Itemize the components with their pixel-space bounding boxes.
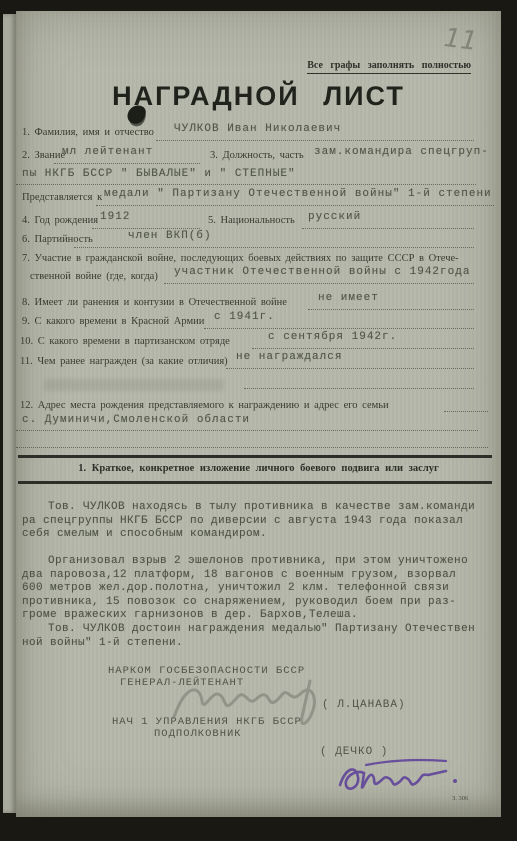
field-underline [244,388,474,389]
field-underline [252,348,474,349]
document-page: 11 Все графы заполнять полностью НАГРАДН… [16,11,501,817]
erased-text-smudge [44,379,224,391]
field-underline [92,228,200,229]
field-rank-value: мл лейтенант [62,146,153,158]
field-party-value: член ВКП(б) [128,230,212,242]
section-heading: 1. Краткое, конкретное изложение личного… [16,463,501,474]
field-underline [226,368,474,369]
field-underline [54,163,200,164]
field-position-value-line1: зам.командира спецгруп- [314,146,489,158]
page-stack-edge [3,14,17,813]
field-address-label: 12. Адрес места рождения представляемого… [20,400,389,411]
signatory2-title-line2: ПОДПОЛКОВНИК [154,728,242,740]
field-nominated-value: медали " Партизану Отечественной войны" … [104,188,492,200]
citation-paragraph-2: Организовал взрыв 2 эшелонов противника,… [22,555,498,623]
field-position-value-line2: пы НКГБ БССР " БЫВАЛЫЕ" и " СТЕПНЫЕ" [22,168,296,180]
citation-paragraph-3: Тов. ЧУЛКОВ достоин награждения медалью"… [22,623,498,650]
field-underline [16,447,488,448]
field-birth-year-value: 1912 [100,211,130,223]
field-underline [164,283,474,284]
handwritten-page-number: 11 [442,23,479,57]
field-wounds-label: 8. Имеет ли ранения и контузии в Отечест… [22,297,287,308]
field-underline [204,328,474,329]
field-underline [444,411,488,412]
field-partisan-value: с сентября 1942г. [268,331,397,343]
form-code: З. 306 [452,795,468,802]
field-nationality-value: русский [308,211,361,223]
divider-rule [18,481,492,484]
field-name-label: 1. Фамилия, имя и отчество [22,127,154,138]
field-birth-year-label: 4. Год рождения [22,215,98,226]
field-underline [96,205,494,206]
field-address-value: с. Думиничи,Смоленской области [22,414,250,426]
field-underline [308,309,474,310]
field-partisan-label: 10. С какого времени в партизанском отря… [20,336,230,347]
field-nominated-label: Представляется к [22,192,102,203]
field-position-label: 3. Должность, часть [210,150,304,161]
field-underline [156,140,474,141]
field-underline [16,184,476,185]
field-red-army-label: 9. С какого времени в Красной Армии [22,316,204,327]
field-rank-label: 2. Звание [22,150,65,161]
field-war-participation-value: участник Отечественной войны с 1942года [174,266,470,278]
field-war-participation-label-line1: 7. Участие в гражданской войне, последую… [22,253,459,264]
field-red-army-value: с 1941г. [214,311,275,323]
field-prior-awards-label: 11. Чем ранее награжден (за какие отличи… [20,356,228,367]
divider-rule [18,455,492,458]
field-underline [302,228,474,229]
field-war-participation-label-line2: ственной войне (где, когда) [30,271,158,282]
dechko-signature [336,751,466,801]
fill-note: Все графы заполнять полностью [307,60,471,74]
field-wounds-value: не имеет [318,292,379,304]
field-prior-awards-value: не награждался [236,351,342,363]
field-party-label: 6. Партийность [22,234,93,245]
citation-paragraph-1: Тов. ЧУЛКОВ находясь в тылу противника в… [22,501,498,542]
field-name-value: ЧУЛКОВ Иван Николаевич [174,123,341,135]
scan-background: 11 Все графы заполнять полностью НАГРАДН… [0,0,517,841]
signatory1-name: ( Л.ЦАНАВА) [322,699,406,711]
field-nationality-label: 5. Национальность [208,215,295,226]
field-underline [74,247,474,248]
field-underline [16,430,478,431]
signatory2-title-line1: НАЧ 1 УПРАВЛЕНИЯ НКГБ БССР [112,716,302,728]
form-title: НАГРАДНОЙ ЛИСТ [16,81,501,112]
